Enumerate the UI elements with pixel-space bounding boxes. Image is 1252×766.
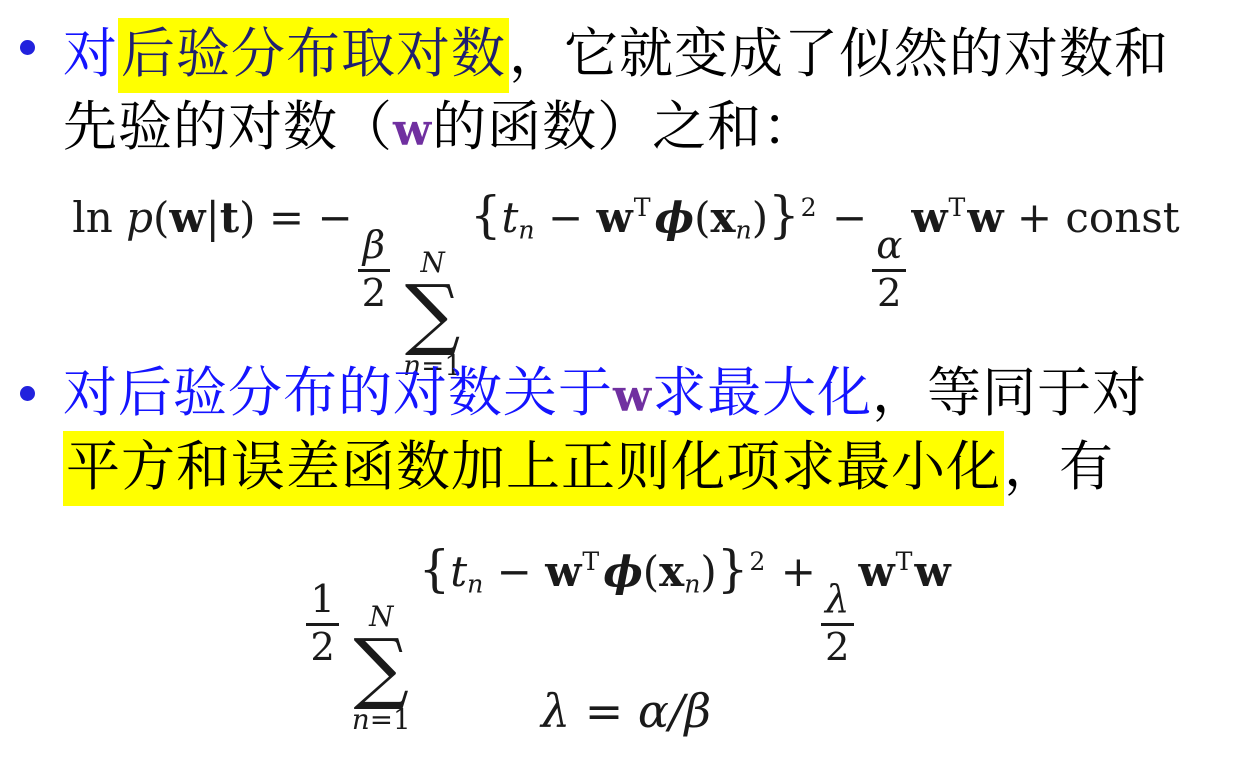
tok-sup-T: T — [582, 547, 599, 576]
tok-sup-T: T — [634, 193, 651, 222]
tok-x: x — [659, 547, 684, 596]
tok-sub-n: n — [736, 215, 752, 244]
bullet1-line2: 先验的对数（w的函数）之和： — [63, 96, 817, 159]
tok-tn: t — [450, 547, 467, 596]
tok-sup-2: 2 — [749, 547, 765, 576]
tok-two: 2 — [306, 628, 339, 669]
tok-rbrace: } — [717, 540, 749, 598]
tok-lparen: ( — [153, 193, 169, 242]
tok-two: 2 — [821, 628, 854, 669]
tok-one: 1 — [306, 580, 339, 621]
tok-plus: + — [1017, 193, 1052, 242]
formula-lambda-relation: λ = α/β — [0, 684, 1252, 738]
tok-minus: − — [497, 547, 532, 596]
bullet2-line2-highlight: 平方和误差函数加上正则化项求最小化 — [63, 431, 1004, 506]
bullet2-line1: 对后验分布的对数关于w求最大化，等同于对 — [63, 362, 1147, 425]
tok-alpha: α — [638, 684, 669, 738]
fraction-one-half: 12 — [306, 580, 339, 668]
tok-w: w — [859, 547, 895, 596]
bullet1-line1-pre: 对 — [63, 24, 118, 84]
bullet1-line2-pre: 先验的对数（ — [63, 97, 393, 157]
tok-minus: − — [548, 193, 583, 242]
tok-phi: ϕ — [603, 547, 643, 596]
tok-alpha: α — [872, 226, 906, 267]
tok-lbrace: { — [419, 540, 451, 598]
tok-rparen: ) — [700, 547, 716, 596]
bullet1-dot — [20, 40, 35, 55]
tok-phi: ϕ — [655, 193, 695, 242]
tok-sup-2: 2 — [801, 193, 817, 222]
bullet2-line1-blue-pre: 对后验分布的对数关于 — [63, 363, 613, 423]
tok-rparen: ) — [239, 193, 255, 242]
lecture-slide: 对后验分布取对数，它就变成了似然的对数和 先验的对数（w的函数）之和： ln p… — [0, 0, 1252, 766]
tok-sup-T: T — [949, 193, 966, 222]
tok-lparen: ( — [694, 193, 710, 242]
tok-two: 2 — [873, 274, 906, 315]
bullet2-line1-blue-post: 求最大化 — [652, 363, 872, 423]
tok-ln: ln — [72, 193, 112, 242]
tok-sub-n: n — [518, 215, 534, 244]
tok-minus: − — [317, 193, 352, 242]
fraction-alpha-over-2: α2 — [872, 226, 906, 314]
tok-lambda: λ — [821, 580, 853, 621]
fraction-beta-over-2: β2 — [358, 226, 391, 314]
bullet1-line1: 对后验分布取对数，它就变成了似然的对数和 — [63, 23, 1169, 86]
tok-x: x — [710, 193, 735, 242]
tok-beta: β — [359, 226, 389, 267]
tok-sub-n: n — [467, 569, 483, 598]
tok-sup-T: T — [896, 547, 913, 576]
tok-equals: = — [269, 193, 304, 242]
tok-const: const — [1065, 193, 1179, 242]
tok-equals: = — [585, 684, 624, 738]
tok-minus: − — [832, 193, 867, 242]
tok-bar: | — [206, 193, 220, 242]
tok-rparen: ) — [752, 193, 768, 242]
bullet2-line1-black: ，等同于对 — [872, 363, 1147, 423]
bullet1-line2-post: 的函数）之和： — [432, 97, 817, 157]
tok-w: w — [597, 193, 633, 242]
tok-w: w — [967, 193, 1003, 242]
tok-lbrace: { — [470, 186, 502, 244]
sigma-symbol: ∑ — [405, 279, 460, 350]
bullet2-line2: 平方和误差函数加上正则化项求最小化，有 — [63, 436, 1114, 499]
tok-w: w — [545, 547, 581, 596]
tok-slash: / — [669, 684, 685, 738]
tok-tn: t — [502, 193, 519, 242]
tok-p: p — [126, 193, 153, 242]
tok-plus: + — [781, 547, 816, 596]
tok-w: w — [911, 193, 947, 242]
tok-rbrace: } — [768, 186, 800, 244]
tok-sub-n: n — [684, 569, 700, 598]
bullet1-line1-post: ，它就变成了似然的对数和 — [509, 24, 1169, 84]
tok-lparen: ( — [643, 547, 659, 596]
tok-lambda: λ — [541, 684, 570, 738]
w-variable: w — [613, 370, 652, 422]
summation: N∑n=1 — [403, 249, 462, 380]
tok-beta: β — [684, 684, 711, 738]
tok-t: t — [220, 193, 239, 242]
formula-log-posterior: ln p(w|t) = −β2N∑n=1{tn − wTϕ(xn)}2 −α2w… — [56, 186, 1196, 380]
bullet2-line2-post: ，有 — [1004, 437, 1114, 497]
tok-w: w — [914, 547, 950, 596]
bullet1-line1-highlight: 后验分布取对数 — [118, 18, 509, 93]
fraction-lambda-over-2: λ2 — [821, 580, 854, 668]
w-variable: w — [393, 104, 432, 156]
bullet2-dot — [20, 386, 35, 401]
tok-two: 2 — [358, 274, 391, 315]
tok-w: w — [169, 193, 205, 242]
